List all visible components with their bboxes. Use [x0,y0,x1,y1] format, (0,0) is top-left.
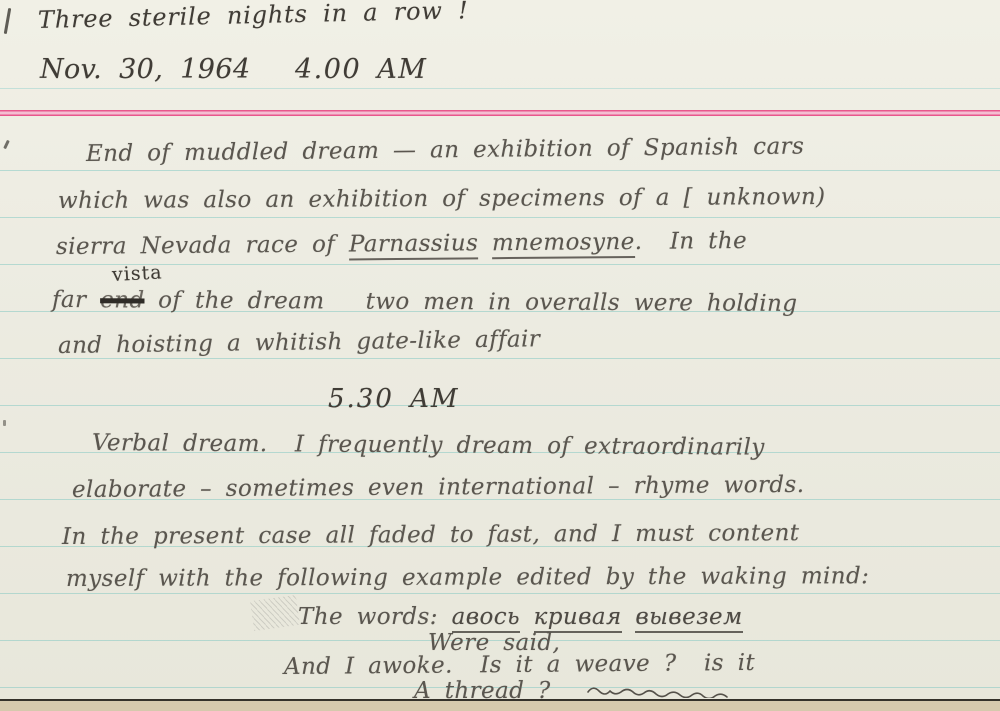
underlined-russian-word: кривая [534,604,622,633]
dream-line: Verbal dream. I frequently dream of extr… [92,430,765,461]
memo-note: Three sterile nights in a row ! [38,0,469,34]
underlined-species-name: Parnassius [349,230,479,260]
stray-mark [3,420,6,426]
scan-background [0,701,1000,711]
dream-line: which was also an exhibition of specimen… [58,184,826,214]
crossed-out-word: end [100,287,144,313]
word-space [622,604,636,630]
dream-line-text: weave ? is it [574,650,755,678]
time-text-4am: 4.00 AM [295,54,427,85]
dream-line: myself with the following example edited… [66,563,869,592]
word-space [520,604,534,630]
stray-mark [4,8,11,34]
dream-line: And I awoke. Is it a weave ? is it [284,650,755,680]
stray-mark [3,140,10,149]
underlined-russian-word: авось [452,604,520,633]
dream-line-text: . In the [635,228,748,255]
dream-line-text: The words: [298,604,452,630]
underlined-russian-word: вывезем [635,604,742,633]
word-space [478,230,492,256]
dream-line: End of muddled dream — an exhibition of … [86,133,804,167]
dream-line-text: sierra Nevada race of [56,231,349,260]
doubt-squiggle-underline [586,684,731,698]
scanned-index-card: Three sterile nights in a row ! Nov. 30,… [0,0,1000,711]
top-ruled-line [0,88,1000,89]
date-text: Nov. 30, 1964 [40,54,251,85]
dream-line: In the present case all faded to fast, a… [62,520,800,550]
time-text-530am: 5.30 AM [328,384,460,414]
dream-line: elaborate – sometimes even international… [72,472,805,503]
dream-line-text: far [52,287,100,313]
rhyme-words-line: The words: авось кривая вывезем [298,604,743,630]
pink-header-rule [0,110,1000,116]
index-card-paper: Three sterile nights in a row ! Nov. 30,… [0,0,1000,701]
pencil-smudge [250,595,300,631]
dream-line: far end of the dream two men in overalls… [52,287,798,317]
dream-line-text: And I awoke. Is it a [284,651,575,680]
underlined-species-name: mnemosyne [492,229,635,259]
inserted-word-vista: vista [111,261,163,286]
dream-line-text: of the dream two men in overalls were ho… [144,287,797,316]
